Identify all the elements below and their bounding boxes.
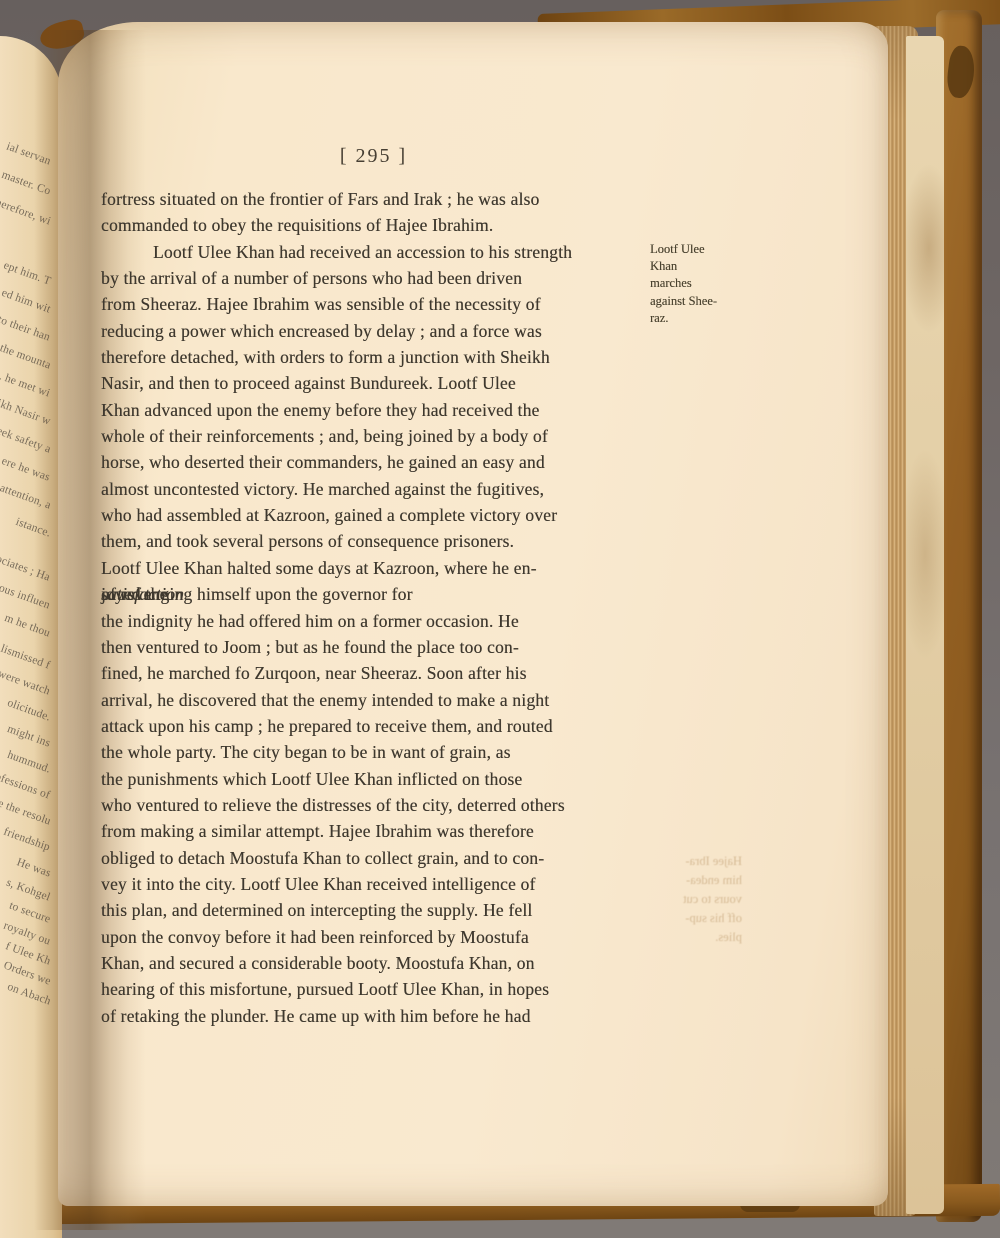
facing-page-text-fragment: re, he met wi [0, 367, 52, 400]
body-line: from Sheeraz. Hajee Ibrahim was sensible… [101, 291, 646, 317]
facing-page-text-fragment: istance. [14, 516, 52, 540]
facing-page-sliver: ial servanmaster. Cotherefore, wiept him… [0, 36, 62, 1238]
facing-page-text-fragment: ociates ; Ha [0, 553, 52, 584]
body-line: Khan, and secured a considerable booty. … [101, 950, 646, 976]
facing-page-text-fragment: the mounta [0, 342, 52, 372]
body-line: Khan advanced upon the enemy before they… [101, 397, 646, 423]
body-line: obliged to detach Moostufa Khan to colle… [101, 845, 646, 871]
body-line: from making a similar attempt. Hajee Ibr… [101, 818, 646, 844]
margin-note-line: Lootf Ulee [650, 241, 746, 258]
facing-page-text-fragment: e the resolu [0, 797, 52, 827]
showthrough-line: plies. [642, 928, 742, 947]
body-line: fortress situated on the frontier of Far… [101, 186, 646, 212]
facing-page-text-fragment: m he thou [3, 612, 52, 640]
margin-note: Lootf UleeKhanmarchesagainst Shee-raz. [650, 241, 746, 327]
body-line: them, and took several persons of conseq… [101, 528, 646, 554]
body-line: hearing of this misfortune, pursued Loot… [101, 976, 646, 1002]
body-line: horse, who deserted their commanders, he… [101, 449, 646, 475]
facing-page-text-fragment: hummud. [6, 749, 53, 776]
facing-page-text-fragment: to their han [0, 314, 52, 344]
body-line: almost uncontested victory. He marched a… [101, 476, 646, 502]
body-line: of retaking the plunder. He came up with… [101, 1003, 646, 1029]
facing-page-text-fragment: olicitude. [6, 697, 53, 724]
body-line: Nasir, and then to proceed against Bundu… [101, 370, 646, 396]
body-line: Lootf Ulee Khan had received an accessio… [101, 239, 646, 265]
facing-page-text-fragment: ofessions of [0, 771, 52, 802]
body-line: Lootf Ulee Khan halted some days at Kazr… [101, 555, 646, 581]
body-line: arrival, he discovered that the enemy in… [101, 687, 646, 713]
facing-page-text-fragment: ept him. T [2, 259, 53, 287]
body-line: therefore detached, with orders to form … [101, 344, 646, 370]
body-line: the indignity he had offered him on a fo… [101, 608, 646, 634]
facing-page-text-fragment: therefore, wi [0, 195, 52, 227]
body-line: this plan, and determined on interceptin… [101, 897, 646, 923]
facing-page-text-fragment: ial servan [4, 140, 52, 167]
facing-page-text-fragment: might ins [6, 723, 52, 750]
facing-page-text-fragment: He was [15, 856, 52, 879]
facing-page-text-fragment: master. Co [0, 169, 52, 198]
body-line: vey it into the city. Lootf Ulee Khan re… [101, 871, 646, 897]
facing-page-text-fragment: ere he was [0, 455, 52, 484]
showthrough-margin-note: Hajee Ibra-him endea-vours to cutoff his… [642, 852, 742, 947]
body-line: by the arrival of a number of persons wh… [101, 265, 646, 291]
facing-page-text-fragment: eikh Nasir w [0, 395, 52, 427]
margin-note-line: marches [650, 275, 746, 292]
body-line: attack upon his camp ; he prepared to re… [101, 713, 646, 739]
body-line: whole of their reinforcements ; and, bei… [101, 423, 646, 449]
margin-note-line: Khan [650, 258, 746, 275]
showthrough-line: off his sup- [642, 909, 742, 928]
body-line: reducing a power which encreased by dela… [101, 318, 646, 344]
margin-note-line: raz. [650, 310, 746, 327]
page-number: [ 295 ] [101, 145, 646, 168]
facing-page-text-fragment: seek safety a [0, 423, 52, 455]
facing-page-text-fragment: attention, a [0, 482, 52, 512]
body-text: fortress situated on the frontier of Far… [101, 186, 646, 1029]
showthrough-line: vours to cut [642, 890, 742, 909]
body-line: who ventured to relieve the distresses o… [101, 792, 646, 818]
facing-page-text-fragment: were watch [0, 668, 52, 698]
endpaper-strip [906, 36, 944, 1214]
facing-page-text-fragment: ous influen [0, 582, 52, 612]
book-photo: ial servanmaster. Cotherefore, wiept him… [0, 0, 1000, 1238]
body-line: upon the convoy before it had been reinf… [101, 924, 646, 950]
facing-page-text-fragment: lismissed f [0, 643, 52, 672]
body-line: the whole party. The city began to be in… [101, 739, 646, 765]
body-line: fined, he marched fo Zurqoon, near Sheer… [101, 660, 646, 686]
facing-page-text-fragment: ed him wit [0, 287, 52, 316]
facing-page-text-fragment: friendship [2, 826, 52, 854]
showthrough-line: Hajee Ibra- [642, 852, 742, 871]
showthrough-line: him endea- [642, 871, 742, 890]
body-line: commanded to obey the requisitions of Ha… [101, 212, 646, 238]
body-line: the punishments which Lootf Ulee Khan in… [101, 766, 646, 792]
body-line: who had assembled at Kazroon, gained a c… [101, 502, 646, 528]
body-line: then ventured to Joom ; but as he found … [101, 634, 646, 660]
margin-note-line: against Shee- [650, 293, 746, 310]
body-line: joyed the satisfaction of revenging hims… [101, 581, 646, 607]
